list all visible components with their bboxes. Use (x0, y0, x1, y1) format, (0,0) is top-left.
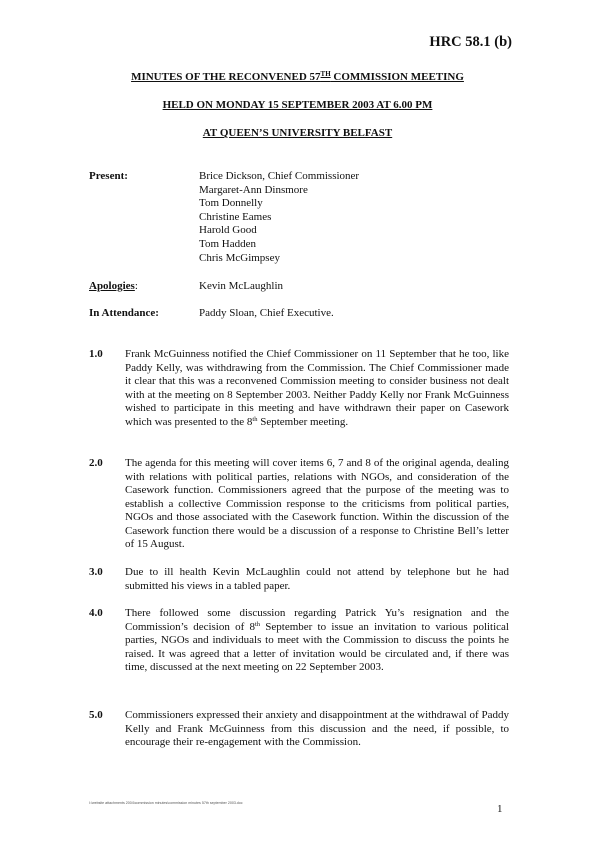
item-number: 1.0 (89, 348, 103, 362)
present-member: Tom Donnelly (199, 197, 499, 211)
present-label: Present: (89, 170, 199, 184)
item-number: 2.0 (89, 457, 103, 471)
item-text: There followed some discussion regarding… (125, 607, 509, 675)
present-member: Brice Dickson, Chief Commissioner (199, 170, 499, 184)
present-member: Chris McGimpsey (199, 252, 499, 266)
in-attendance-label: In Attendance: (89, 307, 199, 321)
item-text: Frank McGuinness notified the Chief Comm… (125, 348, 509, 429)
in-attendance-value: Paddy Sloan, Chief Executive. (199, 307, 499, 321)
item-number: 4.0 (89, 607, 103, 621)
item-text: Commissioners expressed their anxiety an… (125, 709, 509, 750)
apologies-value: Kevin McLaughlin (199, 280, 499, 294)
item-text: Due to ill health Kevin McLaughlin could… (125, 566, 509, 593)
present-member: Margaret-Ann Dinsmore (199, 184, 499, 198)
item-text: The agenda for this meeting will cover i… (125, 457, 509, 552)
present-member: Christine Eames (199, 211, 499, 225)
title-line-2: HELD ON MONDAY 15 SEPTEMBER 2003 AT 6.00… (0, 99, 595, 111)
document-reference: HRC 58.1 (b) (429, 34, 512, 51)
item-number: 5.0 (89, 709, 103, 723)
title-line-1: MINUTES OF THE RECONVENED 57TH COMMISSIO… (0, 70, 595, 83)
present-member: Harold Good (199, 224, 499, 238)
present-member: Tom Hadden (199, 238, 499, 252)
present-list: Brice Dickson, Chief Commissioner Margar… (199, 170, 499, 265)
title-line-3: AT QUEEN’S UNIVERSITY BELFAST (0, 127, 595, 139)
item-number: 3.0 (89, 566, 103, 580)
page-number: 1 (497, 803, 503, 815)
apologies-label: Apologies: (89, 280, 199, 294)
footer-file-path: I:\website attachments 2004\commission m… (89, 801, 243, 805)
